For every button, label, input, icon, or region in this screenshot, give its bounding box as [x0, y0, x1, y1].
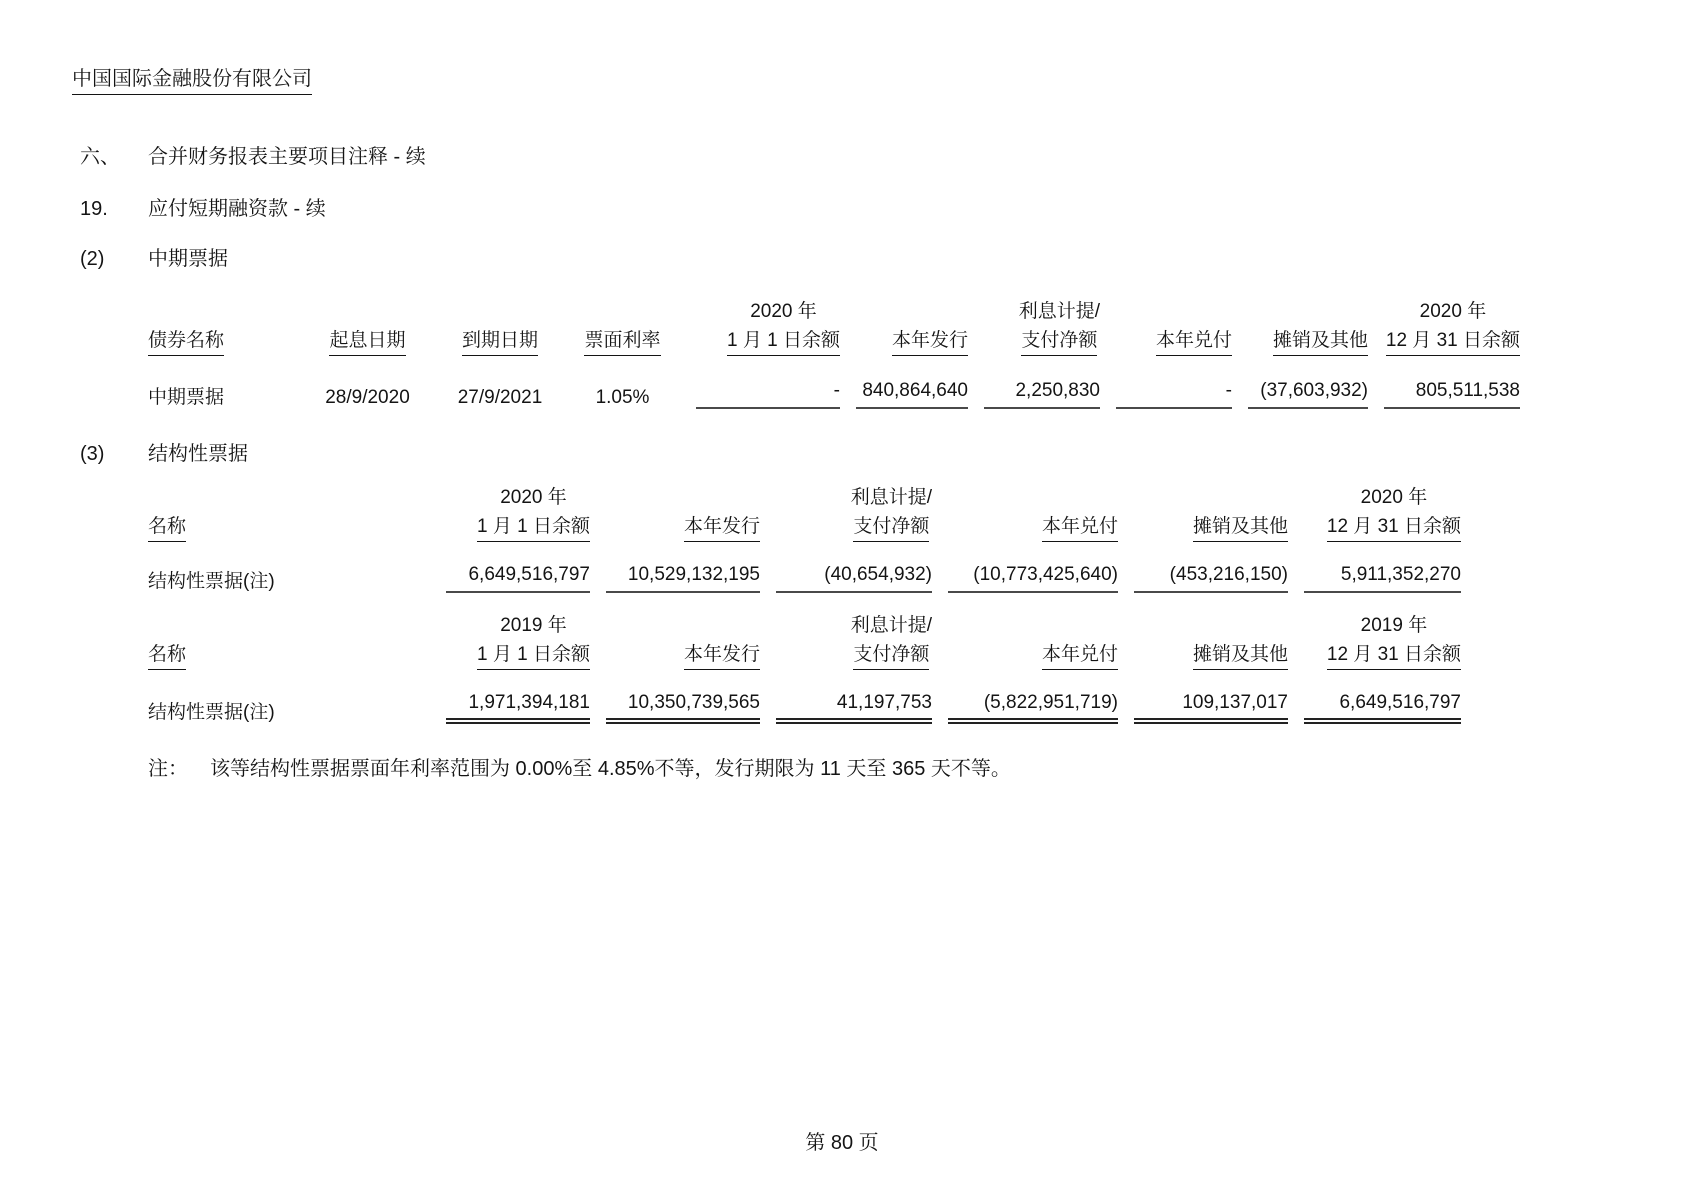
section-heading-short-term-financing: 19.应付短期融资款 - 续	[80, 192, 326, 221]
table-row: 中期票据 28/9/2020 27/9/2021 1.05% - 840,864…	[148, 356, 1520, 409]
column-header-closing-balance: 2019 年 12 月 31 日余额	[1327, 610, 1461, 670]
cell-closing: 805,511,538	[1368, 356, 1520, 409]
section-title: 应付短期融资款 - 续	[148, 198, 326, 220]
footnote-label: 注：	[148, 752, 210, 781]
footnote-text: 该等结构性票据票面年利率范围为 0.00%至 4.85%不等，发行期限为 11 …	[210, 758, 1011, 780]
column-header-redeemed: 本年兑付	[1042, 511, 1118, 542]
cell-amortization: (453,216,150)	[1118, 542, 1288, 593]
column-header-issued: 本年发行	[684, 511, 760, 542]
table-row: 结构性票据(注) 6,649,516,797 10,529,132,195 (4…	[148, 542, 1461, 593]
cell-coupon-rate: 1.05%	[565, 356, 680, 409]
section-number: 19.	[80, 198, 148, 221]
cell-closing: 5,911,352,270	[1288, 542, 1461, 593]
cell-redeemed: (5,822,951,719)	[932, 670, 1118, 724]
section-title: 中期票据	[148, 248, 228, 270]
table-header-row: 名称 2020 年 1 月 1 日余额 本年发行 利息计提/ 支付净额 本年兑付…	[148, 482, 1461, 542]
column-header-maturity-date: 到期日期	[462, 325, 538, 356]
document-page: 中国国际金融股份有限公司 六、合并财务报表主要项目注释 - 续 19.应付短期融…	[0, 0, 1684, 1190]
column-header-bond-name: 债券名称	[148, 325, 224, 356]
column-header-redeemed: 本年兑付	[1156, 325, 1232, 356]
column-header-opening-balance: 2020 年 1 月 1 日余额	[477, 482, 590, 542]
cell-interest: (40,654,932)	[760, 542, 932, 593]
cell-opening: -	[680, 356, 840, 409]
cell-start-date: 28/9/2020	[300, 356, 435, 409]
column-header-issued: 本年发行	[892, 325, 968, 356]
column-header-name: 名称	[148, 511, 186, 542]
column-header-amortization: 摊销及其他	[1193, 511, 1288, 542]
section-title: 合并财务报表主要项目注释 - 续	[148, 146, 426, 168]
cell-issued: 10,529,132,195	[590, 542, 760, 593]
company-title-text: 中国国际金融股份有限公司	[72, 62, 312, 95]
column-header-amortization: 摊销及其他	[1273, 325, 1368, 356]
section-heading-structured-notes: (3)结构性票据	[80, 437, 248, 466]
column-header-coupon-rate: 票面利率	[584, 325, 660, 356]
column-header-interest-accrued: 利息计提/ 支付净额	[1019, 296, 1100, 356]
table-header-row: 名称 2019 年 1 月 1 日余额 本年发行 利息计提/ 支付净额 本年兑付…	[148, 610, 1461, 670]
column-header-interest-accrued: 利息计提/ 支付净额	[851, 610, 932, 670]
section-heading-notes: 六、合并财务报表主要项目注释 - 续	[80, 140, 426, 169]
section-heading-medium-term-notes: (2)中期票据	[80, 242, 228, 271]
column-header-issued: 本年发行	[684, 639, 760, 670]
column-header-name: 名称	[148, 639, 186, 670]
medium-term-notes-table: 债券名称 起息日期 到期日期 票面利率 2020 年 1 月 1 日余额 本年发…	[148, 290, 1520, 409]
structured-notes-2020-table: 名称 2020 年 1 月 1 日余额 本年发行 利息计提/ 支付净额 本年兑付…	[148, 482, 1461, 593]
table-row: 结构性票据(注) 1,971,394,181 10,350,739,565 41…	[148, 670, 1461, 724]
section-number: (3)	[80, 443, 148, 466]
footnote: 注：该等结构性票据票面年利率范围为 0.00%至 4.85%不等，发行期限为 1…	[148, 752, 1011, 781]
section-number: (2)	[80, 248, 148, 271]
cell-opening: 1,971,394,181	[430, 670, 590, 724]
column-header-opening-balance: 2019 年 1 月 1 日余额	[477, 610, 590, 670]
cell-closing: 6,649,516,797	[1288, 670, 1461, 724]
column-header-amortization: 摊销及其他	[1193, 639, 1288, 670]
column-header-closing-balance: 2020 年 12 月 31 日余额	[1327, 482, 1461, 542]
column-header-opening-balance: 2020 年 1 月 1 日余额	[727, 296, 840, 356]
company-title: 中国国际金融股份有限公司	[72, 62, 312, 95]
column-header-interest-accrued: 利息计提/ 支付净额	[851, 482, 932, 542]
cell-name: 结构性票据(注)	[148, 542, 430, 593]
structured-notes-2019-table: 名称 2019 年 1 月 1 日余额 本年发行 利息计提/ 支付净额 本年兑付…	[148, 610, 1461, 724]
column-header-closing-balance: 2020 年 12 月 31 日余额	[1386, 296, 1520, 356]
cell-maturity-date: 27/9/2021	[435, 356, 565, 409]
cell-redeemed: (10,773,425,640)	[932, 542, 1118, 593]
cell-bond-name: 中期票据	[148, 356, 300, 409]
cell-opening: 6,649,516,797	[430, 542, 590, 593]
cell-issued: 840,864,640	[840, 356, 968, 409]
section-number: 六、	[80, 140, 148, 169]
cell-amortization: 109,137,017	[1118, 670, 1288, 724]
column-header-start-date: 起息日期	[329, 325, 405, 356]
cell-issued: 10,350,739,565	[590, 670, 760, 724]
section-title: 结构性票据	[148, 443, 248, 465]
table-header-row: 债券名称 起息日期 到期日期 票面利率 2020 年 1 月 1 日余额 本年发…	[148, 290, 1520, 356]
cell-amortization: (37,603,932)	[1232, 356, 1368, 409]
cell-redeemed: -	[1100, 356, 1232, 409]
page-number: 第 80 页	[0, 1126, 1684, 1155]
cell-name: 结构性票据(注)	[148, 670, 430, 724]
cell-interest: 2,250,830	[968, 356, 1100, 409]
cell-interest: 41,197,753	[760, 670, 932, 724]
column-header-redeemed: 本年兑付	[1042, 639, 1118, 670]
